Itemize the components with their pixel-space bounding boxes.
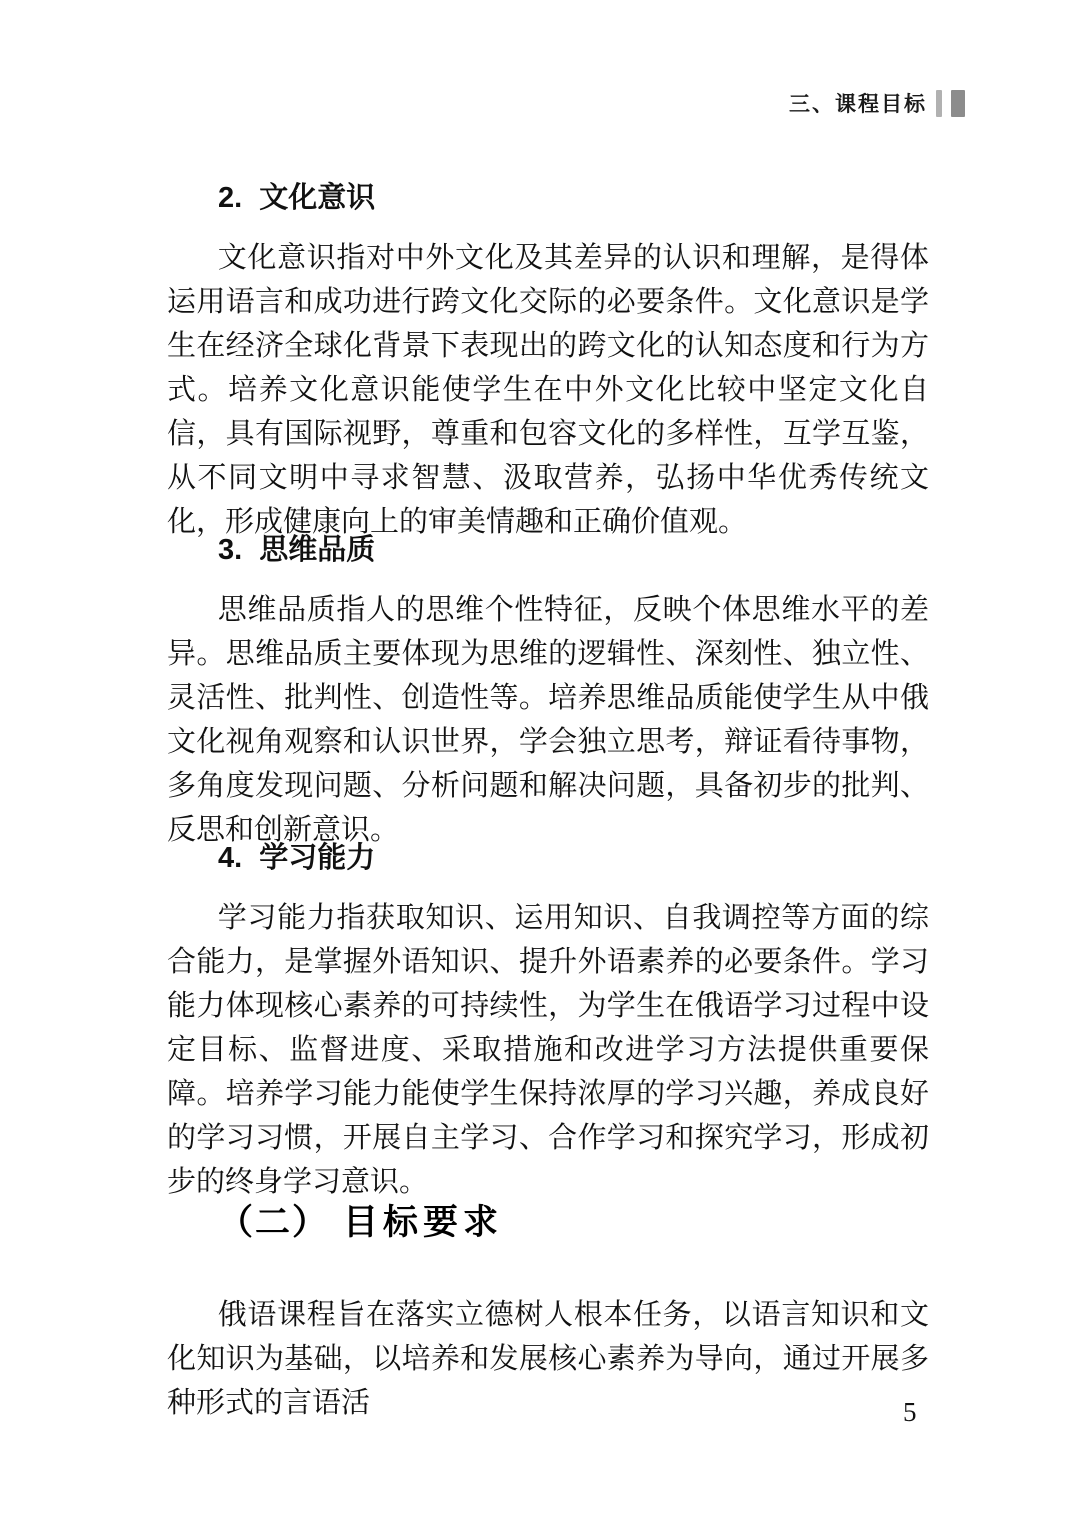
paragraph-cultural-awareness: 文化意识指对中外文化及其差异的认识和理解，是得体运用语言和成功进行跨文化交际的必… [167, 236, 929, 544]
subheading-number: 3. [218, 534, 242, 566]
subheading-cultural-awareness: 2.文化意识 [218, 181, 375, 215]
section-heading-title: 目标要求 [343, 1203, 503, 1242]
section-heading-prefix: （二） [218, 1203, 329, 1242]
subheading-learning-ability: 4.学习能力 [218, 841, 375, 875]
page-number: 5 [903, 1397, 917, 1428]
header-bar-dark-icon [951, 90, 965, 117]
section-heading-target-requirements: （二）目标要求 [218, 1200, 503, 1246]
subheading-title: 文化意识 [259, 182, 375, 214]
subheading-number: 2. [218, 182, 242, 214]
subheading-title: 思维品质 [259, 534, 375, 566]
subheading-thinking-quality: 3.思维品质 [218, 533, 375, 567]
paragraph-thinking-quality: 思维品质指人的思维个性特征，反映个体思维水平的差异。思维品质主要体现为思维的逻辑… [167, 588, 929, 852]
subheading-title: 学习能力 [259, 842, 375, 874]
document-page: 三、课程目标 2.文化意识 文化意识指对中外文化及其差异的认识和理解，是得体运用… [0, 0, 1087, 1536]
header-bar-light-icon [936, 90, 942, 117]
subheading-number: 4. [218, 842, 242, 874]
paragraph-target-requirements-intro: 俄语课程旨在落实立德树人根本任务，以语言知识和文化知识为基础，以培养和发展核心素… [167, 1293, 929, 1425]
running-header: 三、课程目标 [789, 88, 965, 118]
running-header-title: 三、课程目标 [789, 88, 927, 118]
paragraph-learning-ability: 学习能力指获取知识、运用知识、自我调控等方面的综合能力，是掌握外语知识、提升外语… [167, 896, 929, 1204]
